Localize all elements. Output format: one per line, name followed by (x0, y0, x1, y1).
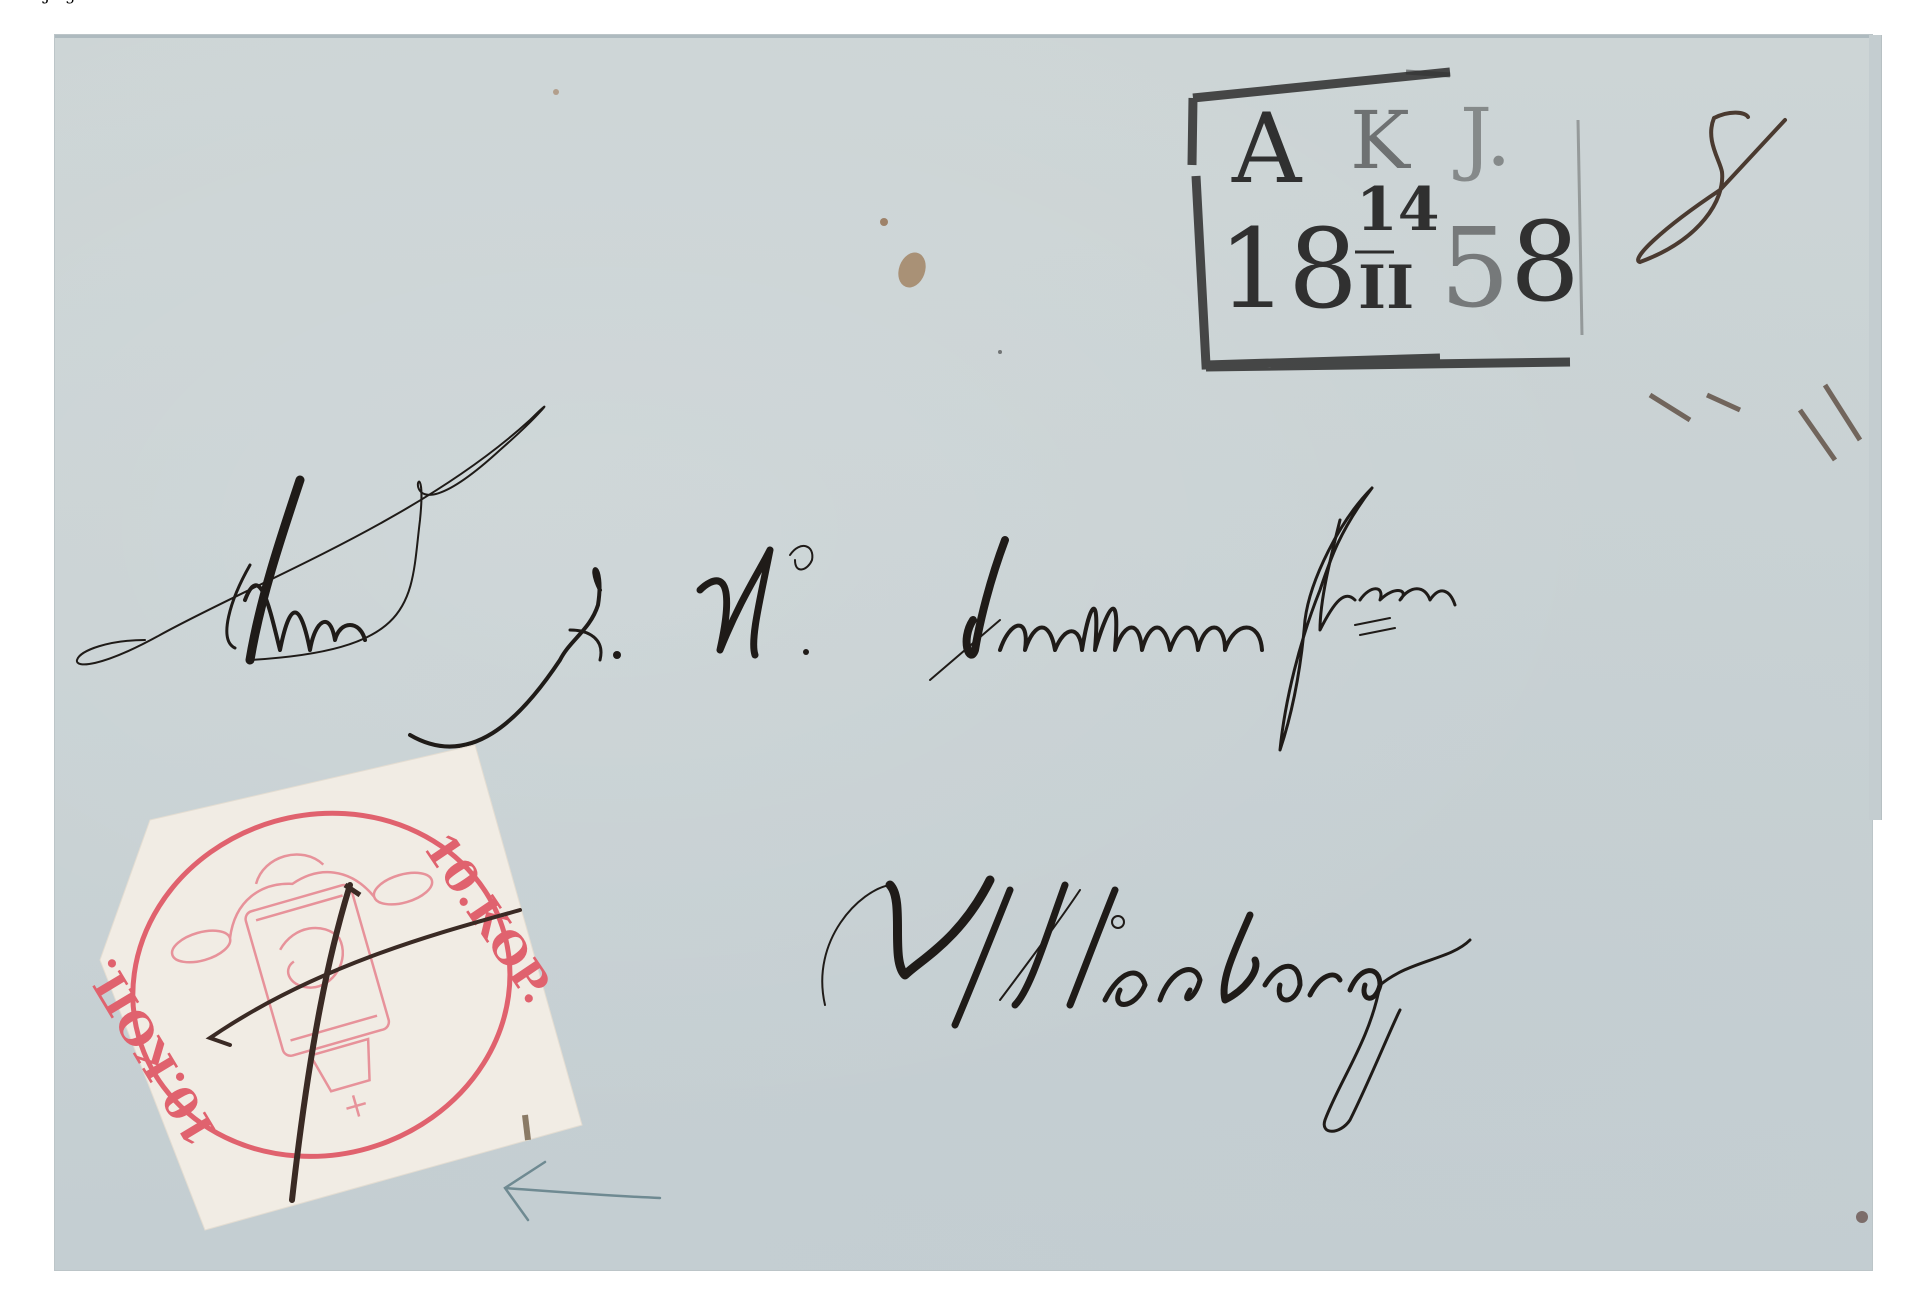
postmark-town-end: J. (1453, 91, 1511, 184)
postmark-year-prefix: 18 (1218, 205, 1358, 333)
postmark-year-8: 8 (1510, 198, 1580, 326)
paper-stains (553, 89, 1868, 1223)
pencil-arrow-icon (505, 1162, 660, 1220)
postmark-month: II (1358, 253, 1414, 323)
postmark-town-middle: K (1350, 94, 1411, 187)
postmark: A K J. 18 14 II 5 8 (1192, 72, 1582, 367)
svg-text:Uleåborg: Uleåborg (0, 0, 75, 4)
cover-artwork: A K J. 18 14 II 5 8 Her (0, 0, 1920, 1308)
postage-stamp: 10.KOP. 10.KOП. (51, 745, 592, 1230)
postmark-town: A (1231, 93, 1303, 205)
rate-marking (1638, 113, 1860, 460)
postmark-day: 14 (1356, 175, 1440, 245)
postmark-year-5: 5 (1440, 204, 1510, 332)
